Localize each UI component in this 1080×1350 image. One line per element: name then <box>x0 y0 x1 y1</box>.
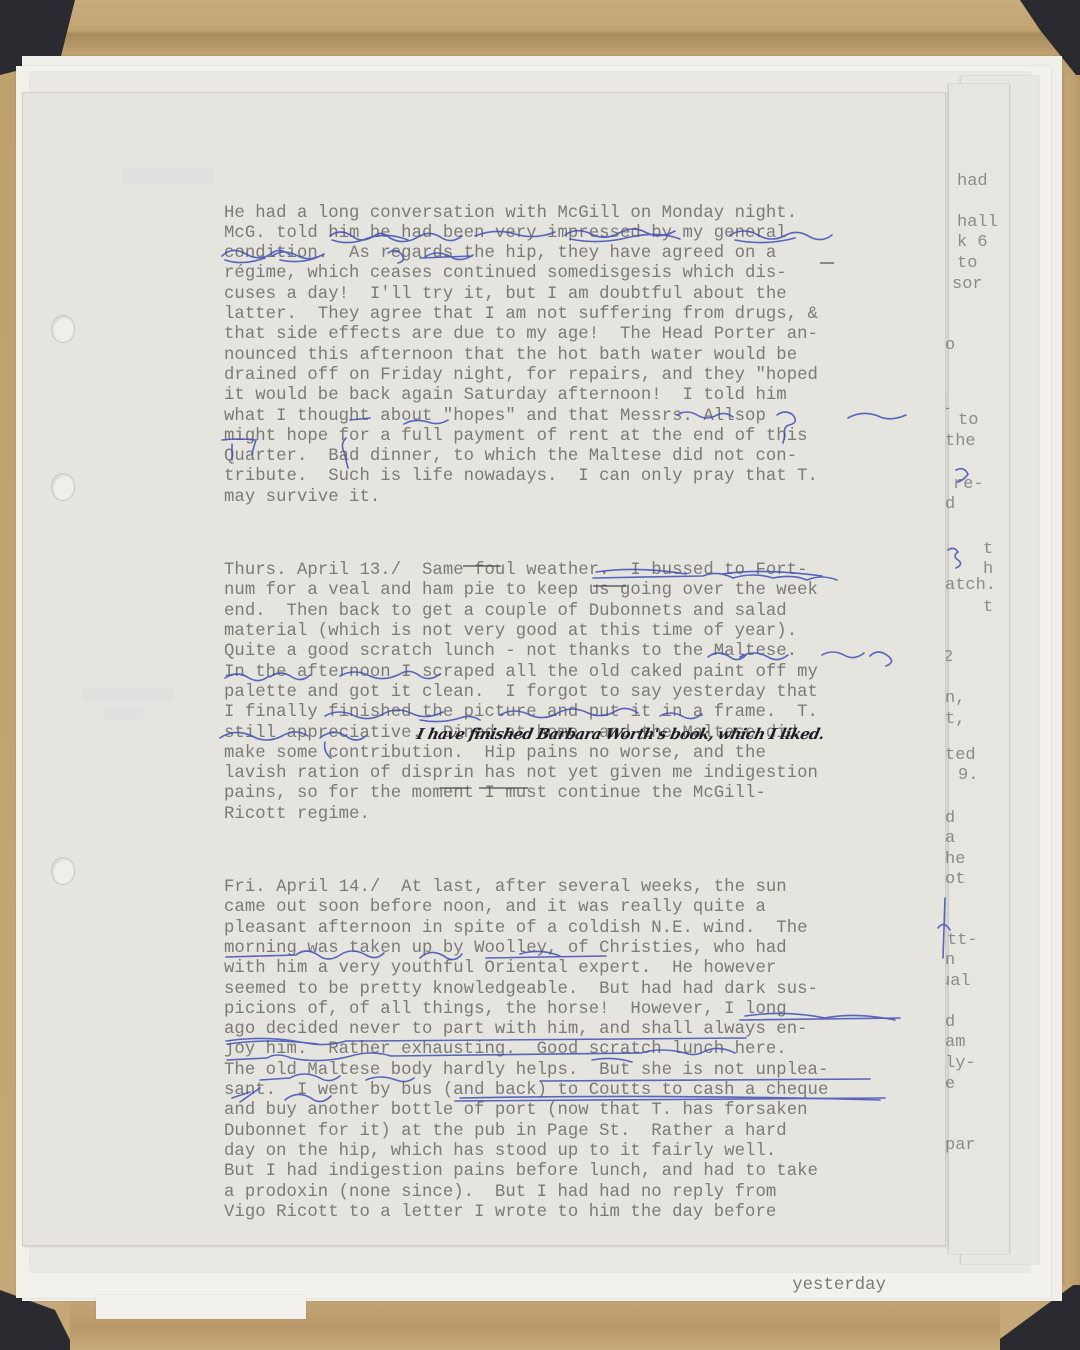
typed-line: drained off on Friday night, for repairs… <box>224 366 944 386</box>
underlying-text-fragment: sor <box>952 275 983 294</box>
typed-line: régime, which ceases continued somedisge… <box>224 264 944 284</box>
punch-hole-icon <box>51 857 75 885</box>
typed-line: joy him. Rather exhausting. Good scratch… <box>224 1040 944 1060</box>
faint-pencil-mark <box>103 707 143 719</box>
typed-line: latter. They agree that I am not sufferi… <box>224 305 944 325</box>
underlying-text-fragment: n, <box>945 689 965 708</box>
typed-line: material (which is not very good at this… <box>224 622 944 642</box>
typed-line: day on the hip, which has stood up to it… <box>224 1142 944 1162</box>
typed-line: nounced this afternoon that the hot bath… <box>224 346 944 366</box>
underlying-text-fragment: re- <box>953 475 984 494</box>
typed-line: a prodoxin (none since). But I had had n… <box>224 1183 944 1203</box>
underlying-text-fragment: d <box>945 1013 955 1032</box>
underlying-text-fragment: the <box>945 432 976 451</box>
underlying-text-fragment: hall <box>957 213 998 232</box>
typed-line: lavish ration of disprin has not yet giv… <box>224 764 944 784</box>
underlying-text-fragment: ted <box>945 746 976 765</box>
trailing-word: yesterday <box>224 1276 944 1296</box>
underlying-text-fragment: ly- <box>945 1054 976 1073</box>
underlying-text-fragment: tt- <box>947 931 978 950</box>
typed-line: palette and got it clean. I forgot to sa… <box>224 683 944 703</box>
underlying-text-fragment: atch. <box>945 576 996 595</box>
underlying-text-fragment: 9. <box>958 766 978 785</box>
typed-line: came out soon before noon, and it was re… <box>224 898 944 918</box>
typed-line: picions of, of all things, the horse! Ho… <box>224 1000 944 1020</box>
typed-line: it would be back again Saturday afternoo… <box>224 386 944 406</box>
typed-line: Vigo Ricott to a letter I wrote to him t… <box>224 1203 944 1223</box>
underlying-text-fragment: had <box>957 172 988 191</box>
typed-line: In the afternoon I scraped all the old c… <box>224 663 944 683</box>
typed-line: Fri. April 14./ At last, after several w… <box>224 878 944 898</box>
underlying-text-fragment: am <box>945 1033 965 1052</box>
underlying-text-fragment: t, <box>945 710 965 729</box>
underlying-text-fragment: d <box>945 495 955 514</box>
typed-line: ago decided never to part with him, and … <box>224 1020 944 1040</box>
faint-pencil-mark <box>123 169 213 183</box>
typed-line: Ricott regime. <box>224 805 944 825</box>
underlying-text-fragment: par <box>945 1136 976 1155</box>
typed-line: morning was taken up by Woolley, of Chri… <box>224 939 944 959</box>
underlying-text-fragment: t <box>983 598 993 617</box>
typed-line: num for a veal and ham pie to keep us go… <box>224 581 944 601</box>
underlying-text-fragment: n <box>945 951 955 970</box>
typed-line: McG. told him he had been very impressed… <box>224 224 944 244</box>
typed-line: condition. As regards the hip, they have… <box>224 244 944 264</box>
typed-line: He had a long conversation with McGill o… <box>224 204 944 224</box>
underlying-text-fragment: he <box>945 850 965 869</box>
underlying-text-fragment: e <box>945 1075 955 1094</box>
typed-line: I finally finished the picture and put i… <box>224 703 944 723</box>
underlying-text-fragment: a <box>945 829 955 848</box>
underlying-text-fragment: t <box>983 540 993 559</box>
typed-line: But I had indigestion pains before lunch… <box>224 1162 944 1182</box>
underlying-text-fragment: to <box>958 411 978 430</box>
typed-line: Quarter. Bad dinner, to which the Maltes… <box>224 447 944 467</box>
underlying-text-fragment: o <box>945 336 955 355</box>
underlying-text-fragment: ot <box>945 870 965 889</box>
diary-paragraph: He had a long conversation with McGill o… <box>224 204 944 508</box>
typed-line: might hope for a full payment of rent at… <box>224 427 944 447</box>
typed-line: that side effects are due to my age! The… <box>224 325 944 345</box>
typed-line: end. Then back to get a couple of Dubonn… <box>224 602 944 622</box>
typed-line: sant. I went by bus (and back) to Coutts… <box>224 1081 944 1101</box>
faint-pencil-mark <box>83 687 173 701</box>
typed-line: Quite a good scratch lunch - not thanks … <box>224 642 944 662</box>
typed-line: Dubonnet for it) at the pub in Page St. … <box>224 1122 944 1142</box>
typed-line: pleasant afternoon in spite of a coldish… <box>224 919 944 939</box>
underlying-text-fragment: to <box>957 254 977 273</box>
diary-entry-friday: Fri. April 14./ At last, after several w… <box>224 878 944 1223</box>
punch-hole-icon <box>51 473 75 501</box>
underlying-text-fragment: k 6 <box>957 233 988 252</box>
diary-entry-thursday: Thurs. April 13./ Same foul weather. I b… <box>224 561 944 825</box>
typed-line: tribute. Such is life nowadays. I can on… <box>224 467 944 487</box>
typed-line: may survive it. <box>224 488 944 508</box>
typed-line: what I thought about "hopes" and that Me… <box>224 407 944 427</box>
typed-line: make some contribution. Hip pains no wor… <box>224 744 944 764</box>
typed-line: pains, so for the moment I must continue… <box>224 784 944 804</box>
underlying-text-fragment: d <box>945 809 955 828</box>
handwritten-note: I have finished Barbara Worth's book, wh… <box>415 725 826 743</box>
typed-line: The old Maltese body hardly helps. But s… <box>224 1061 944 1081</box>
punch-hole-icon <box>51 315 75 343</box>
typed-line: cuses a day! I'll try it, but I am doubt… <box>224 285 944 305</box>
typed-line: with him a very youthful Oriental expert… <box>224 959 944 979</box>
typed-line: Thurs. April 13./ Same foul weather. I b… <box>224 561 944 581</box>
typed-line: and buy another bottle of port (now that… <box>224 1101 944 1121</box>
typed-line: seemed to be pretty knowledgeable. But h… <box>224 980 944 1000</box>
